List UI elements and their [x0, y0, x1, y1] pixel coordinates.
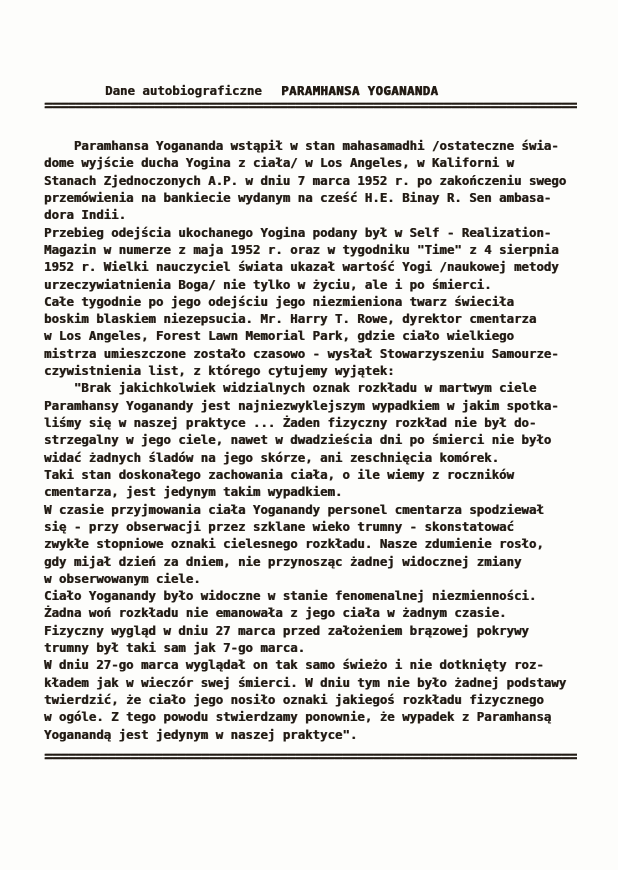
text-line: Całe tygodnie po jego odejściu jego niez…: [44, 293, 584, 310]
footer-divider: ========================================…: [44, 750, 577, 762]
text-line: Ciało Yoganandy było widoczne w stanie f…: [44, 587, 584, 604]
text-line: w Los Angeles, Forest Lawn Memorial Park…: [44, 327, 584, 344]
text-line: twierdzić, że ciało jego nosiło oznaki j…: [44, 691, 584, 708]
text-line: w ogóle. Z tego powodu stwierdzamy ponow…: [44, 708, 584, 725]
text-line: strzegalny w jego ciele, nawet w dwadzie…: [44, 431, 584, 448]
text-line: "Brak jakichkolwiek widzialnych oznak ro…: [44, 379, 584, 396]
text-line: trumny był taki sam jak 7-go marca.: [44, 639, 584, 656]
text-line: Yoganandą jest jedynym w naszej praktyce…: [44, 726, 584, 743]
text-line: kładem jak w wieczór swej śmierci. W dni…: [44, 674, 584, 691]
text-line: widać żadnych śladów na jego skórze, ani…: [44, 449, 584, 466]
text-line: Fizyczny wygląd w dniu 27 marca przed za…: [44, 622, 584, 639]
text-line: liśmy się w naszej praktyce ... Żaden fi…: [44, 414, 584, 431]
text-line: czywistnienia list, z którego cytujemy w…: [44, 362, 584, 379]
header-section-label: Dane autobiograficzne: [105, 83, 262, 98]
text-line: w obserwowanym ciele.: [44, 570, 584, 587]
text-line: boskim blaskiem niezepsucia. Mr. Harry T…: [44, 310, 584, 327]
text-line: W dniu 27-go marca wyglądał on tak samo …: [44, 656, 584, 673]
text-line: Stanach Zjednoczonych A.P. w dniu 7 marc…: [44, 172, 584, 189]
document-header: Dane autobiograficzne PARAMHANSA YOGANAN…: [0, 83, 618, 99]
text-line: Żadna woń rozkładu nie emanowała z jego …: [44, 604, 584, 621]
text-line: 1952 r. Wielki nauczyciel świata ukazał …: [44, 258, 584, 275]
text-line: się - przy obserwacji przez szklane wiek…: [44, 518, 584, 535]
text-line: Magazin w numerze z maja 1952 r. oraz w …: [44, 241, 584, 258]
text-line: W czasie przyjmowania ciała Yoganandy pe…: [44, 501, 584, 518]
text-line: cmentarza, jest jedynym takim wypadkiem.: [44, 483, 584, 500]
text-line: urzeczywiatnienia Boga/ nie tylko w życi…: [44, 276, 584, 293]
text-line: Paramhansa Yogananda wstąpił w stan maha…: [44, 137, 584, 154]
text-line: zwykłe stopniowe oznaki cielesnego rozkł…: [44, 535, 584, 552]
header-divider: ========================================…: [44, 99, 577, 111]
typewritten-document-page: Dane autobiograficzne PARAMHANSA YOGANAN…: [0, 0, 618, 870]
text-line: dora Indii.: [44, 206, 584, 223]
text-line: Taki stan doskonałego zachowania ciała, …: [44, 466, 584, 483]
text-line: dome wyjście ducha Yogina z ciała/ w Los…: [44, 154, 584, 171]
text-line: przemówienia na bankiecie wydanym na cze…: [44, 189, 584, 206]
document-body: Paramhansa Yogananda wstąpił w stan maha…: [44, 137, 584, 743]
text-line: Przebieg odejścia ukochanego Yogina poda…: [44, 224, 584, 241]
page-title: PARAMHANSA YOGANANDA: [281, 83, 438, 98]
text-line: Paramhansy Yoganandy jest najniezwyklejs…: [44, 397, 584, 414]
text-line: mistrza umieszczone zostało czasowo - wy…: [44, 345, 584, 362]
text-line: gdy mijał dzień za dniem, nie przynosząc…: [44, 553, 584, 570]
